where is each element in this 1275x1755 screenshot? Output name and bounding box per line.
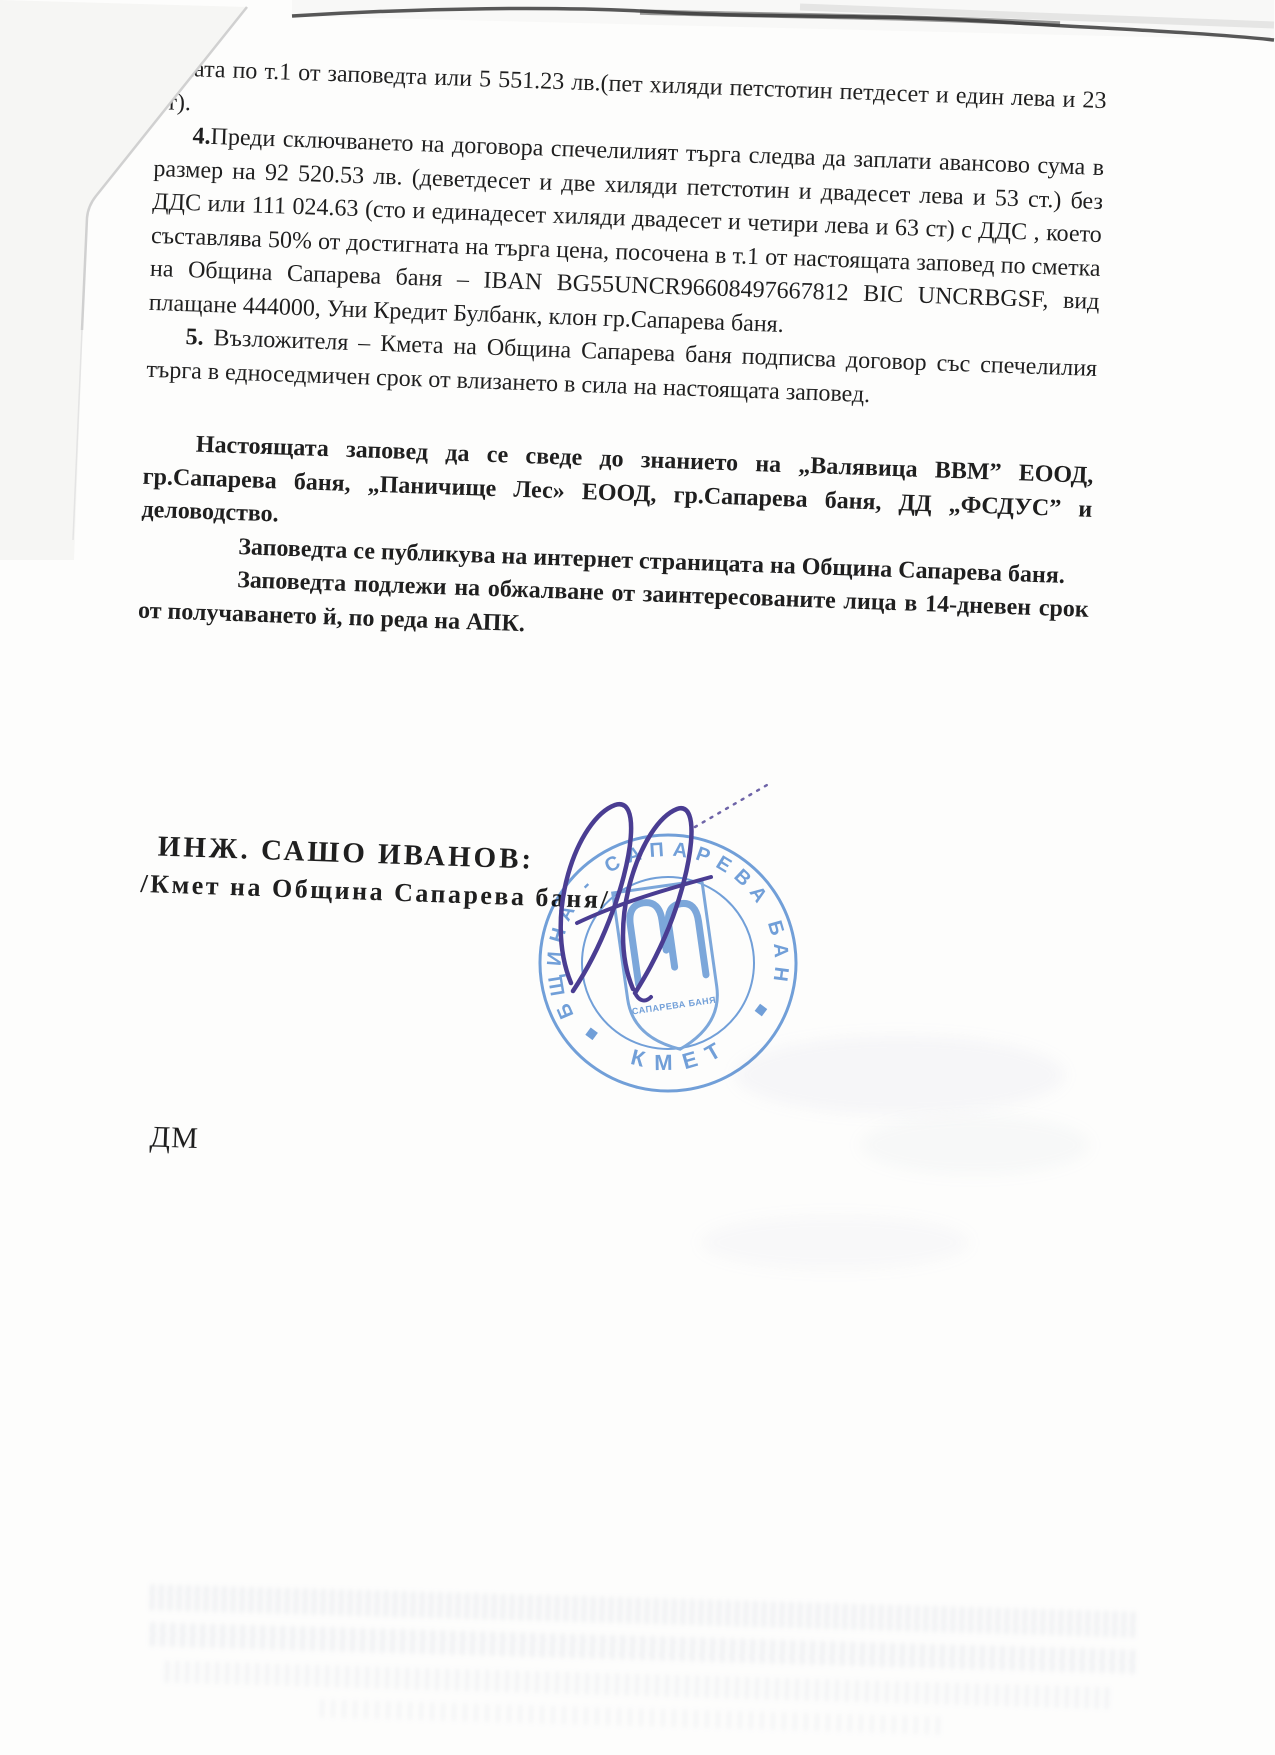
stamp-diamond-left-icon bbox=[585, 1028, 598, 1041]
signature-ink-icon bbox=[535, 765, 785, 1015]
bleedthrough-spot bbox=[700, 1215, 970, 1270]
paragraph-4-text: Преди сключването на договора спечелилия… bbox=[148, 124, 1104, 338]
scanned-document-page: сумата по т.1 от заповедта или 5 551.23 … bbox=[0, 0, 1275, 1755]
clerk-initials: ДМ bbox=[149, 1120, 1070, 1186]
bleedthrough-band bbox=[320, 1699, 940, 1734]
paragraph-4-number: 4. bbox=[192, 123, 211, 150]
paragraph-5-number: 5. bbox=[185, 324, 204, 351]
stamp-bottom-text-path: КМЕТ bbox=[625, 1031, 737, 1083]
stamp-kmet-text: КМЕТ bbox=[625, 1031, 737, 1083]
paragraph-4: 4.Преди сключването на договора спечелил… bbox=[148, 119, 1104, 353]
notice-section: Настоящата заповед да се сведе до знание… bbox=[137, 427, 1093, 661]
